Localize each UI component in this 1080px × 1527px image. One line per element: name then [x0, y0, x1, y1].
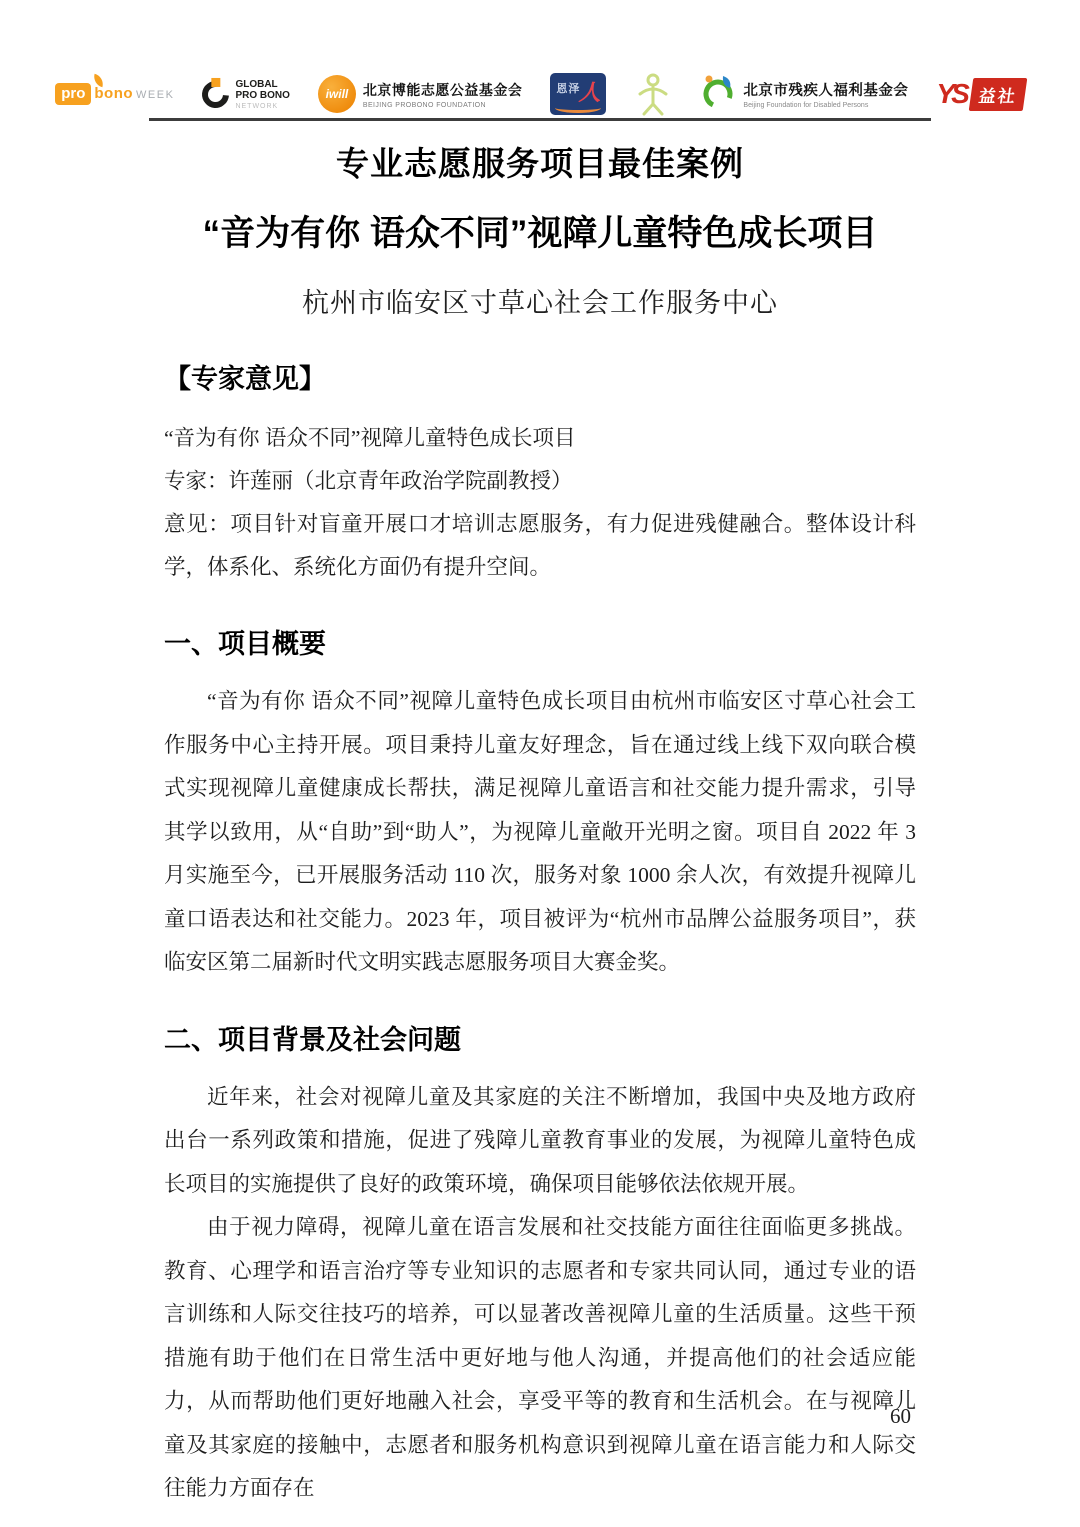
logo-pro-bono-week: pro bono WEEK	[55, 83, 174, 105]
orange-square-icon	[212, 77, 221, 86]
bfdp-en: Beijing Foundation for Disabled Persons	[743, 102, 908, 109]
section-2-heading: 二、项目背景及社会问题	[164, 1018, 916, 1057]
logo-beijing-foundation-disabled-persons: 北京市残疾人福利基金会 Beijing Foundation for Disab…	[700, 73, 908, 116]
expert-opinion-heading: 【专家意见】	[164, 357, 916, 396]
enzeren-cn: 恩泽	[556, 80, 580, 96]
probono-foundation-cn: 北京博能志愿公益基金会	[363, 80, 523, 100]
logo-global-pro-bono-network: GLOBAL PRO BONO NETWORK	[202, 79, 289, 110]
page-number: 60	[890, 1404, 911, 1429]
section-1-heading: 一、项目概要	[164, 622, 916, 661]
yishe-box: 益社	[968, 78, 1027, 111]
orange-swoosh-icon	[555, 103, 601, 113]
iwill-circle-icon: iwill	[318, 75, 356, 113]
gpb-line2: PRO BONO	[235, 90, 289, 102]
clover-person-icon	[634, 72, 672, 116]
logo-enzeren: 恩泽 人	[550, 73, 606, 115]
pro-bono-week-week-text: WEEK	[136, 89, 174, 101]
document-page: pro bono WEEK GLOBAL PRO BONO NETWORK iw…	[0, 0, 1080, 1527]
project-title: “音为有你 语众不同”视障儿童特色成长项目	[0, 206, 1080, 256]
expert-project-line: “音为有你 语众不同”视障儿童特色成长项目	[164, 417, 916, 460]
logo-strip: pro bono WEEK GLOBAL PRO BONO NETWORK iw…	[0, 0, 1080, 118]
expert-opinion-body: “音为有你 语众不同”视障儿童特色成长项目 专家：许莲丽（北京青年政治学院副教授…	[164, 417, 916, 589]
bfdp-cn: 北京市残疾人福利基金会	[743, 79, 908, 100]
document-title: 专业志愿服务项目最佳案例	[0, 138, 1080, 185]
pro-bono-week-pro-badge: pro	[55, 83, 91, 105]
logo-yishe: YS 益社	[936, 78, 1024, 111]
gpb-line3: NETWORK	[235, 103, 289, 110]
organization-name: 杭州市临安区寸草心社会工作服务中心	[0, 281, 1080, 320]
section-1-paragraph-1: “音为有你 语众不同”视障儿童特色成长项目由杭州市临安区寸草心社会工作服务中心主…	[164, 680, 916, 985]
expert-comment-line: 意见：项目针对盲童开展口才培训志愿服务，有力促进残健融合。整体设计科学，体系化、…	[164, 503, 916, 589]
header-divider	[149, 118, 931, 121]
expert-name-line: 专家：许莲丽（北京青年政治学院副教授）	[164, 460, 916, 503]
section-2-paragraph-1: 近年来，社会对视障儿童及其家庭的关注不断增加，我国中央及地方政府出台一系列政策和…	[164, 1076, 916, 1207]
section-2-paragraph-2: 由于视力障碍，视障儿童在语言发展和社交技能方面往往面临更多挑战。教育、心理学和语…	[164, 1206, 916, 1511]
c-ring-icon	[197, 75, 235, 113]
gpb-line1: GLOBAL	[235, 79, 289, 91]
pro-bono-week-bono-text: bono	[94, 85, 133, 102]
probono-foundation-en: BEIJING PROBONO FOUNDATION	[363, 102, 523, 109]
text-column: 【专家意见】 “音为有你 语众不同”视障儿童特色成长项目 专家：许莲丽（北京青年…	[164, 357, 916, 1511]
yishe-ys-mark: YS	[936, 80, 965, 108]
swoosh-circle-icon	[700, 73, 736, 116]
logo-beijing-probono-foundation: iwill 北京博能志愿公益基金会 BEIJING PROBONO FOUNDA…	[318, 75, 523, 113]
